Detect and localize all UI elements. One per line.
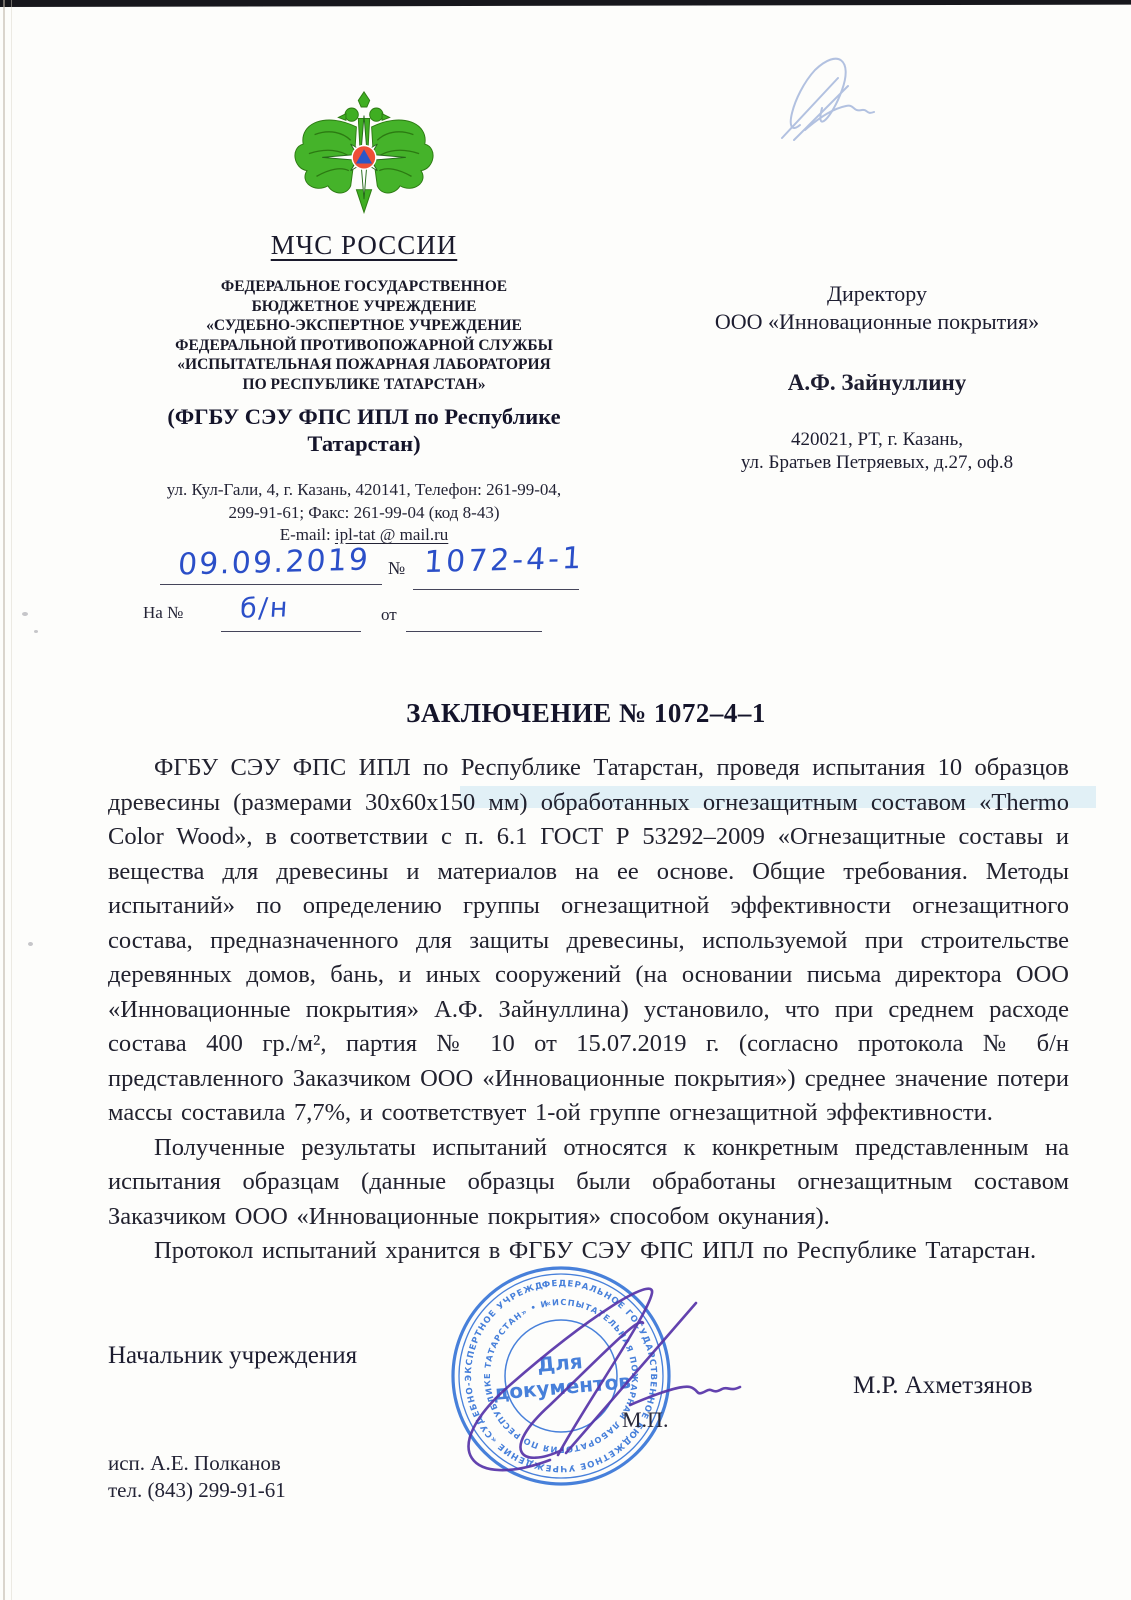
from-date-line [406, 631, 542, 632]
sender-contact-block: ул. Кул-Гали, 4, г. Казань, 420141, Теле… [129, 479, 599, 547]
org-line: ПО РЕСПУБЛИКЕ ТАТАРСТАН» [129, 375, 599, 395]
sender-address-line: ул. Кул-Гали, 4, г. Казань, 420141, Теле… [129, 479, 599, 502]
scan-speck [22, 612, 28, 616]
org-line: БЮДЖЕТНОЕ УЧРЕЖДЕНИЕ [129, 297, 599, 317]
signer-name: М.Р. Ахметзянов [853, 1372, 1033, 1400]
scan-edge-left [3, 0, 5, 1600]
executor-name: исп. А.Е. Полканов [108, 1450, 286, 1477]
email-value: ipl-tat @ mail.ru [335, 525, 448, 544]
organization-full-name: ФЕДЕРАЛЬНОЕ ГОСУДАРСТВЕННОЕ БЮДЖЕТНОЕ УЧ… [129, 277, 599, 394]
scan-speck [34, 630, 38, 633]
document-body: ФГБУ СЭУ ФПС ИПЛ по Республике Татарстан… [108, 751, 1069, 1269]
director-signature-scribble-icon [400, 1245, 760, 1485]
outgoing-number-handwritten: 1072-4-1 [423, 541, 585, 580]
org-line: ФЕДЕРАЛЬНОЙ ПРОТИВОПОЖАРНОЙ СЛУЖБЫ [129, 336, 599, 356]
signer-position: Начальник учреждения [108, 1342, 357, 1370]
incoming-number-line [221, 631, 361, 632]
number-field-line [413, 589, 579, 590]
sender-phone-line: 299-91-61; Факс: 261-99-04 (код 8-43) [129, 502, 599, 525]
email-label: E-mail: [280, 525, 331, 544]
executor-phone: тел. (843) 299-91-61 [108, 1477, 286, 1504]
number-sign: № [388, 558, 405, 579]
incoming-ref-label: На № [143, 603, 183, 623]
scan-speck [28, 942, 33, 946]
document-title: ЗАКЛЮЧЕНИЕ № 1072–4–1 [40, 698, 1131, 729]
from-label: от [381, 605, 397, 625]
addressee-address-line: ул. Братьев Петряевых, д.27, оф.8 [652, 451, 1102, 474]
executor-block: исп. А.Е. Полканов тел. (843) 299-91-61 [108, 1450, 286, 1504]
addressee-company: ООО «Инновационные покрытия» [652, 308, 1102, 336]
body-paragraph: ФГБУ СЭУ ФПС ИПЛ по Республике Татарстан… [108, 751, 1069, 1131]
org-line: «СУДЕБНО-ЭКСПЕРТНОЕ УЧРЕЖДЕНИЕ [129, 316, 599, 336]
incoming-number-handwritten: б/н [239, 592, 290, 624]
sender-header-block: МЧС РОССИИ ФЕДЕРАЛЬНОЕ ГОСУДАРСТВЕННОЕ Б… [129, 90, 599, 547]
body-paragraph: Полученные результаты испытаний относятс… [108, 1131, 1069, 1235]
mchs-eagle-emblem-icon [288, 90, 440, 220]
scanned-letter-page: МЧС РОССИИ ФЕДЕРАЛЬНОЕ ГОСУДАРСТВЕННОЕ Б… [0, 0, 1131, 1600]
organization-short-name: (ФГБУ СЭУ ФПС ИПЛ по Республике Татарста… [129, 403, 599, 457]
org-line: «ИСПЫТАТЕЛЬНАЯ ПОЖАРНАЯ ЛАБОРАТОРИЯ [129, 355, 599, 375]
agency-title: МЧС РОССИИ [129, 230, 599, 261]
addressee-role: Директору [652, 280, 1102, 308]
addressee-person: А.Ф. Зайнуллину [652, 370, 1102, 396]
org-line: ФЕДЕРАЛЬНОЕ ГОСУДАРСТВЕННОЕ [129, 277, 599, 297]
outgoing-date-handwritten: 09.09.2019 [177, 542, 371, 582]
scan-edge-left-2 [11, 0, 12, 1600]
faint-pen-scribble-icon [770, 40, 950, 160]
addressee-block: Директору ООО «Инновационные покрытия» А… [652, 280, 1102, 474]
addressee-address-line: 420021, РТ, г. Казань, [652, 428, 1102, 451]
addressee-address: 420021, РТ, г. Казань, ул. Братьев Петря… [652, 428, 1102, 474]
scan-edge-top [0, 0, 1131, 7]
date-field-line [160, 584, 382, 585]
